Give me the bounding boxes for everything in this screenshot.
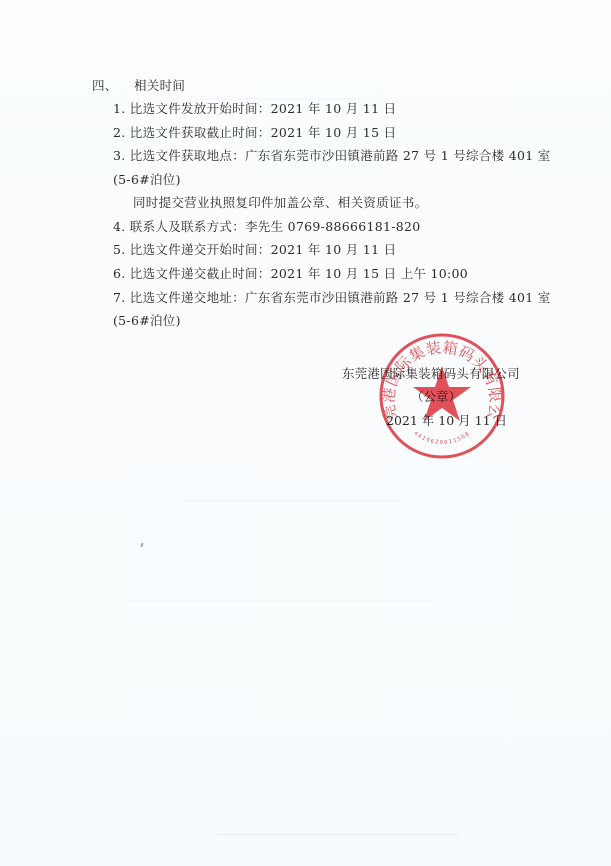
document-page: 四、 相关时间 1. 比选文件发放开始时间：2021 年 10 月 11 日 2… [0,0,611,866]
list-item-obtain-location-berth: (5-6#泊位) [113,172,181,187]
list-item-obtain-location: 3. 比选文件获取地点：广东省东莞市沙田镇港前路 27 号 1 号综合楼 401… [113,148,551,163]
star-icon [413,366,471,421]
section-title: 相关时间 [134,78,185,93]
list-item-contact: 4. 联系人及联系方式：李先生 0769-88666181-820 [113,219,421,234]
bleed-through-mark [200,98,360,100]
bleed-through-mark [130,600,430,602]
company-seal-stamp: 东莞港国际集装箱码头有限公司 4419620011560 [378,332,506,460]
bleed-through-rule [216,834,460,835]
list-item-submit-start: 5. 比选文件递交开始时间：2021 年 10 月 11 日 [113,242,396,257]
list-item-submit-deadline: 6. 比选文件递交截止时间：2021 年 10 月 15 日 上午 10:00 [113,266,468,281]
submission-note: 同时提交营业执照复印件加盖公章、相关资质证书。 [133,195,427,210]
list-item-obtain-deadline: 2. 比选文件获取截止时间：2021 年 10 月 15 日 [113,125,396,140]
svg-text:4419620011560: 4419620011560 [412,431,471,446]
list-item-submit-address: 7. 比选文件递交地址：广东省东莞市沙田镇港前路 27 号 1 号综合楼 401… [113,290,551,305]
bleed-through-mark [180,500,400,502]
stamp-serial-number: 4419620011560 [412,431,471,446]
list-item-issue-start: 1. 比选文件发放开始时间：2021 年 10 月 11 日 [113,101,396,116]
section-number: 四、 [92,78,118,93]
stray-pen-mark [140,543,143,547]
list-item-submit-address-berth: (5-6#泊位) [113,313,181,328]
